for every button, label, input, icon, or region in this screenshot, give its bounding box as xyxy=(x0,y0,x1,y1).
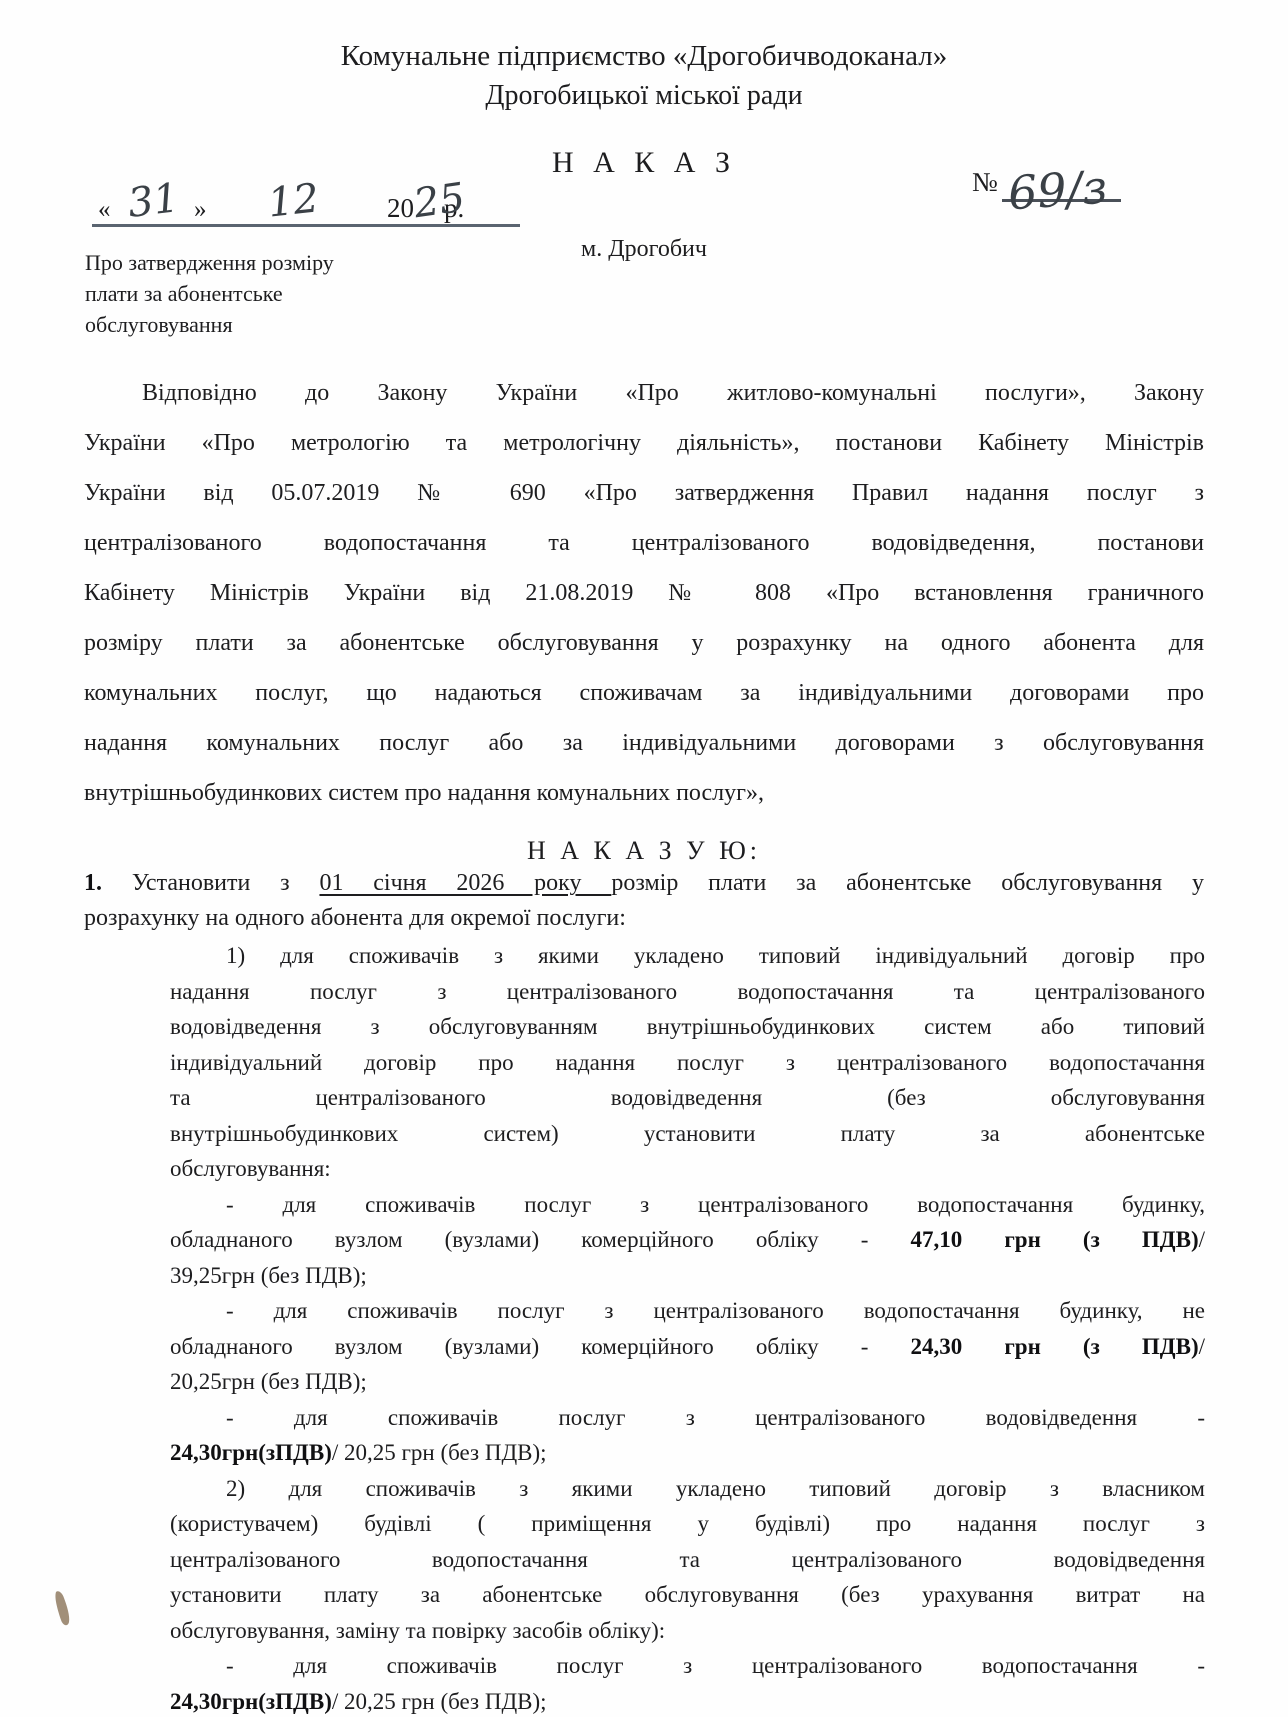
subpoint-1-line: обслуговування: xyxy=(170,1151,1205,1187)
tariff-b-line: обладнаного вузлом (вузлами) комерційног… xyxy=(170,1329,1205,1365)
tariff-b-price: 24,30 грн (з ПДВ) xyxy=(911,1334,1199,1359)
date-month-handwritten: 12 xyxy=(266,175,321,226)
tariff-d-price: 24,30грн(зПДВ) xyxy=(170,1689,332,1714)
tariff-b-post: / xyxy=(1199,1334,1205,1359)
preamble-line: внутрішньобудинкових систем про надання … xyxy=(84,768,1204,818)
date-year-handwritten: 25 xyxy=(411,175,468,228)
tariff-b-line: 20,25грн (без ПДВ); xyxy=(170,1364,1205,1400)
tariff-d-line: 24,30грн(зПДВ)/ 20,25 грн (без ПДВ); xyxy=(170,1684,1205,1717)
subpoint-1-line: внутрішньобудинкових систем) установити … xyxy=(170,1116,1205,1152)
tariff-c-line: - для споживачів послуг з централізовано… xyxy=(170,1400,1205,1436)
number-underline: 69/з xyxy=(1002,158,1121,202)
subpoint-2-line: 2) для споживачів з якими укладено типов… xyxy=(170,1471,1205,1507)
subpoint-1-line: водовідведення з обслуговуванням внутріш… xyxy=(170,1009,1205,1045)
preamble-line: надання комунальних послуг або за індиві… xyxy=(84,718,1204,768)
order-body-indented: 1) для споживачів з якими укладено типов… xyxy=(170,938,1205,1717)
order-date: « 31 » 12 20 р. 25 xyxy=(92,166,520,227)
preamble-line: розміру плати за абонентське обслуговува… xyxy=(84,618,1204,668)
subject-line: плати за абонентське xyxy=(85,278,445,309)
preamble-line: Кабінету Міністрів України від 21.08.201… xyxy=(84,568,1204,618)
org-name-line1: Комунальне підприємство «Дрогобичводокан… xyxy=(0,40,1288,73)
preamble-line: Відповідно до Закону України «Про житлов… xyxy=(84,368,1204,418)
number-value-handwritten: 69/з xyxy=(1006,167,1108,214)
point-1-line2: розрахунку на одного абонента для окремо… xyxy=(84,901,1204,936)
scanned-order-document: Комунальне підприємство «Дрогобичводокан… xyxy=(0,0,1288,1717)
subpoint-1-line: 1) для споживачів з якими укладено типов… xyxy=(170,938,1205,974)
tariff-c-post: / 20,25 грн (без ПДВ); xyxy=(332,1440,547,1465)
tariff-b-pre: обладнаного вузлом (вузлами) комерційног… xyxy=(170,1334,911,1359)
preamble-line: централізованого водопостачання та центр… xyxy=(84,518,1204,568)
point-1-effective-date: 01 січня 2026 року xyxy=(319,870,611,896)
subject-line: Про затвердження розміру xyxy=(85,247,445,278)
tariff-a-line: 39,25грн (без ПДВ); xyxy=(170,1258,1205,1294)
org-name-line2: Дрогобицької міської ради xyxy=(0,80,1288,112)
preamble-line: України від 05.07.2019 № 690 «Про затвер… xyxy=(84,468,1204,518)
order-heading: Н А К А З У Ю: xyxy=(0,836,1288,866)
tariff-c-price: 24,30грн(зПДВ) xyxy=(170,1440,332,1465)
point-1-pre: Установити з xyxy=(102,870,319,896)
order-number: № 69/з xyxy=(972,158,1121,202)
subpoint-2-line: централізованого водопостачання та центр… xyxy=(170,1542,1205,1578)
tariff-a-pre: обладнаного вузлом (вузлами) комерційног… xyxy=(170,1227,911,1252)
subject-block: Про затвердження розміру плати за абонен… xyxy=(85,247,445,340)
preamble-line: комунальних послуг, що надаються спожива… xyxy=(84,668,1204,718)
subpoint-1-line: надання послуг з централізованого водопо… xyxy=(170,974,1205,1010)
ink-stain xyxy=(48,1586,82,1632)
tariff-a-post: / xyxy=(1199,1227,1205,1252)
tariff-b-line: - для споживачів послуг з централізовано… xyxy=(170,1293,1205,1329)
tariff-d-line: - для споживачів послуг з централізовано… xyxy=(170,1648,1205,1684)
point-1-line1: 1. Установити з 01 січня 2026 року розмі… xyxy=(84,866,1204,901)
number-sign: № xyxy=(972,167,998,202)
tariff-d-post: / 20,25 грн (без ПДВ); xyxy=(332,1689,547,1714)
tariff-a-line: - для споживачів послуг з централізовано… xyxy=(170,1187,1205,1223)
subpoint-1-line: та централізованого водовідведення (без … xyxy=(170,1080,1205,1116)
date-year-printed: 20 xyxy=(387,193,414,224)
preamble-line: України «Про метрологію та метрологічну … xyxy=(84,418,1204,468)
subpoint-2-line: обслуговування, заміну та повірку засобі… xyxy=(170,1613,1205,1649)
point-1-number: 1. xyxy=(84,870,102,896)
date-open-quote: « xyxy=(98,196,111,224)
tariff-a-price: 47,10 грн (з ПДВ) xyxy=(911,1227,1199,1252)
date-day-handwritten: 31 xyxy=(125,175,181,227)
preamble-paragraph: Відповідно до Закону України «Про житлов… xyxy=(84,368,1204,818)
point-1-post: розмір плати за абонентське обслуговуван… xyxy=(611,870,1204,896)
subject-line: обслуговування xyxy=(85,309,445,340)
point-1: 1. Установити з 01 січня 2026 року розмі… xyxy=(84,866,1204,936)
subpoint-2-line: (користувачем) будівлі ( приміщення у бу… xyxy=(170,1506,1205,1542)
subpoint-2-line: установити плату за абонентське обслугов… xyxy=(170,1577,1205,1613)
subpoint-1-line: індивідуальний договір про надання послу… xyxy=(170,1045,1205,1081)
date-close-quote: » xyxy=(194,196,207,224)
tariff-c-line: 24,30грн(зПДВ)/ 20,25 грн (без ПДВ); xyxy=(170,1435,1205,1471)
tariff-a-line: обладнаного вузлом (вузлами) комерційног… xyxy=(170,1222,1205,1258)
